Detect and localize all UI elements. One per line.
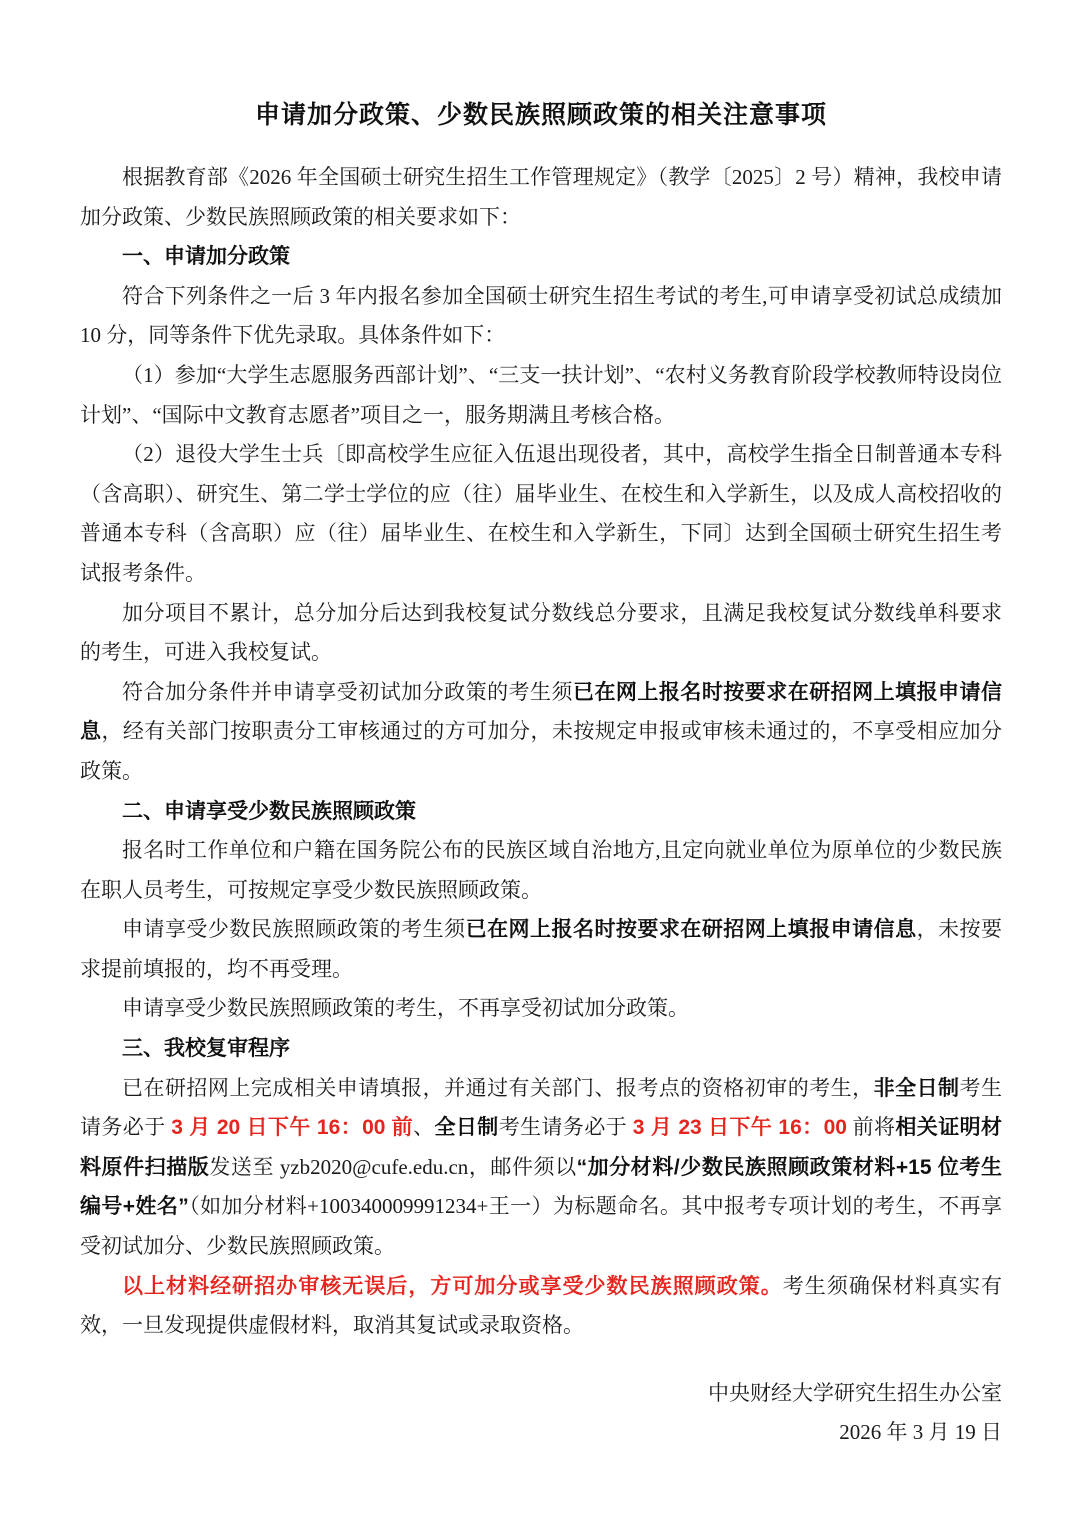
text-run: 一、申请加分政策 — [122, 245, 290, 268]
paragraph-minority-no-bonus: 申请享受少数民族照顾政策的考生，不再享受初试加分政策。 — [80, 989, 1002, 1029]
paragraph-review-procedure: 已在研招网上完成相关申请填报，并通过有关部门、报考点的资格初审的考生，非全日制考… — [80, 1069, 1002, 1267]
paragraph-bonus-apply: 符合加分条件并申请享受初试加分政策的考生须已在网上报名时按要求在研招网上填报申请… — [80, 673, 1002, 792]
text-run-bold: 非全日制 — [874, 1077, 960, 1100]
text-run: 中央财经大学研究生招生办公室 — [708, 1381, 1002, 1405]
text-run: 申请享受少数民族照顾政策的考生须 — [122, 917, 466, 941]
text-run-red-warning: 以上材料经研招办审核无误后，方可加分或享受少数民族照顾政策。 — [122, 1275, 783, 1298]
section-heading-3: 三、我校复审程序 — [80, 1029, 1002, 1069]
paragraph-final-warning: 以上材料经研招办审核无误后，方可加分或享受少数民族照顾政策。考生须确保材料真实有… — [80, 1267, 1002, 1346]
text-run: 考生请务必于 — [499, 1115, 633, 1139]
text-run: 符合下列条件之一后 3 年内报名参加全国硕士研究生招生考试的考生,可申请享受初试… — [80, 284, 1002, 348]
section-heading-1: 一、申请加分政策 — [80, 237, 1002, 277]
paragraph-intro: 根据教育部《2026 年全国硕士研究生招生工作管理规定》（教学〔2025〕2 号… — [80, 158, 1002, 237]
paragraph-condition-1: （1）参加“大学生志愿服务西部计划”、“三支一扶计划”、“农村义务教育阶段学校教… — [80, 356, 1002, 435]
paragraph-minority-apply: 申请享受少数民族照顾政策的考生须已在网上报名时按要求在研招网上填报申请信息，未按… — [80, 910, 1002, 989]
text-run: （2）退役大学生士兵〔即高校学生应征入伍退出现役者，其中，高校学生指全日制普通本… — [80, 442, 1002, 585]
text-run: 报名时工作单位和户籍在国务院公布的民族区域自治地方,且定向就业单位为原单位的少数… — [80, 838, 1002, 902]
text-run-red-deadline-1: 3 月 20 日下午 16：00 前 — [171, 1116, 413, 1139]
text-run: 前将 — [847, 1115, 895, 1139]
text-run-email: 发送至 yzb2020@cufe.edu.cn，邮件须以 — [209, 1155, 576, 1179]
text-run: 符合加分条件并申请享受初试加分政策的考生须 — [122, 680, 573, 704]
text-run-bold: 已在网上报名时按要求在研招网上填报申请信息 — [466, 918, 917, 941]
text-run: 、 — [413, 1115, 434, 1139]
text-run: 三、我校复审程序 — [122, 1037, 290, 1060]
text-run: 根据教育部《2026 年全国硕士研究生招生工作管理规定》（教学〔2025〕2 号… — [80, 165, 1002, 229]
document-title: 申请加分政策、少数民族照顾政策的相关注意事项 — [80, 94, 1002, 136]
text-run: （1）参加“大学生志愿服务西部计划”、“三支一扶计划”、“农村义务教育阶段学校教… — [80, 363, 1002, 427]
signature: 中央财经大学研究生招生办公室 — [80, 1374, 1002, 1414]
text-run: ，经有关部门按职责分工审核通过的方可加分，未按规定申报或审核未通过的，不享受相应… — [80, 719, 1002, 783]
section-heading-2: 二、申请享受少数民族照顾政策 — [80, 792, 1002, 832]
paragraph-bonus-conditions: 符合下列条件之一后 3 年内报名参加全国硕士研究生招生考试的考生,可申请享受初试… — [80, 277, 1002, 356]
paragraph-minority-eligibility: 报名时工作单位和户籍在国务院公布的民族区域自治地方,且定向就业单位为原单位的少数… — [80, 831, 1002, 910]
text-run: 申请享受少数民族照顾政策的考生，不再享受初试加分政策。 — [122, 996, 689, 1020]
text-run-bold: 全日制 — [434, 1116, 498, 1139]
paragraph-condition-2: （2）退役大学生士兵〔即高校学生应征入伍退出现役者，其中，高校学生指全日制普通本… — [80, 435, 1002, 593]
text-run: （如加分材料+100340009991234+王一）为标题命名。其中报考专项计划… — [80, 1194, 1002, 1258]
text-run-red-deadline-2: 3 月 23 日下午 16：00 — [633, 1116, 847, 1139]
text-run: 二、申请享受少数民族照顾政策 — [122, 800, 416, 823]
text-run: 2026 年 3 月 19 日 — [839, 1420, 1002, 1444]
paragraph-no-accumulate: 加分项目不累计，总分加分后达到我校复试分数线总分要求，且满足我校复试分数线单科要… — [80, 594, 1002, 673]
text-run: 加分项目不累计，总分加分后达到我校复试分数线总分要求，且满足我校复试分数线单科要… — [80, 601, 1002, 665]
document-page: 申请加分政策、少数民族照顾政策的相关注意事项 根据教育部《2026 年全国硕士研… — [0, 0, 1080, 1527]
text-run: 已在研招网上完成相关申请填报，并通过有关部门、报考点的资格初审的考生， — [122, 1076, 874, 1100]
date-line: 2026 年 3 月 19 日 — [80, 1413, 1002, 1453]
